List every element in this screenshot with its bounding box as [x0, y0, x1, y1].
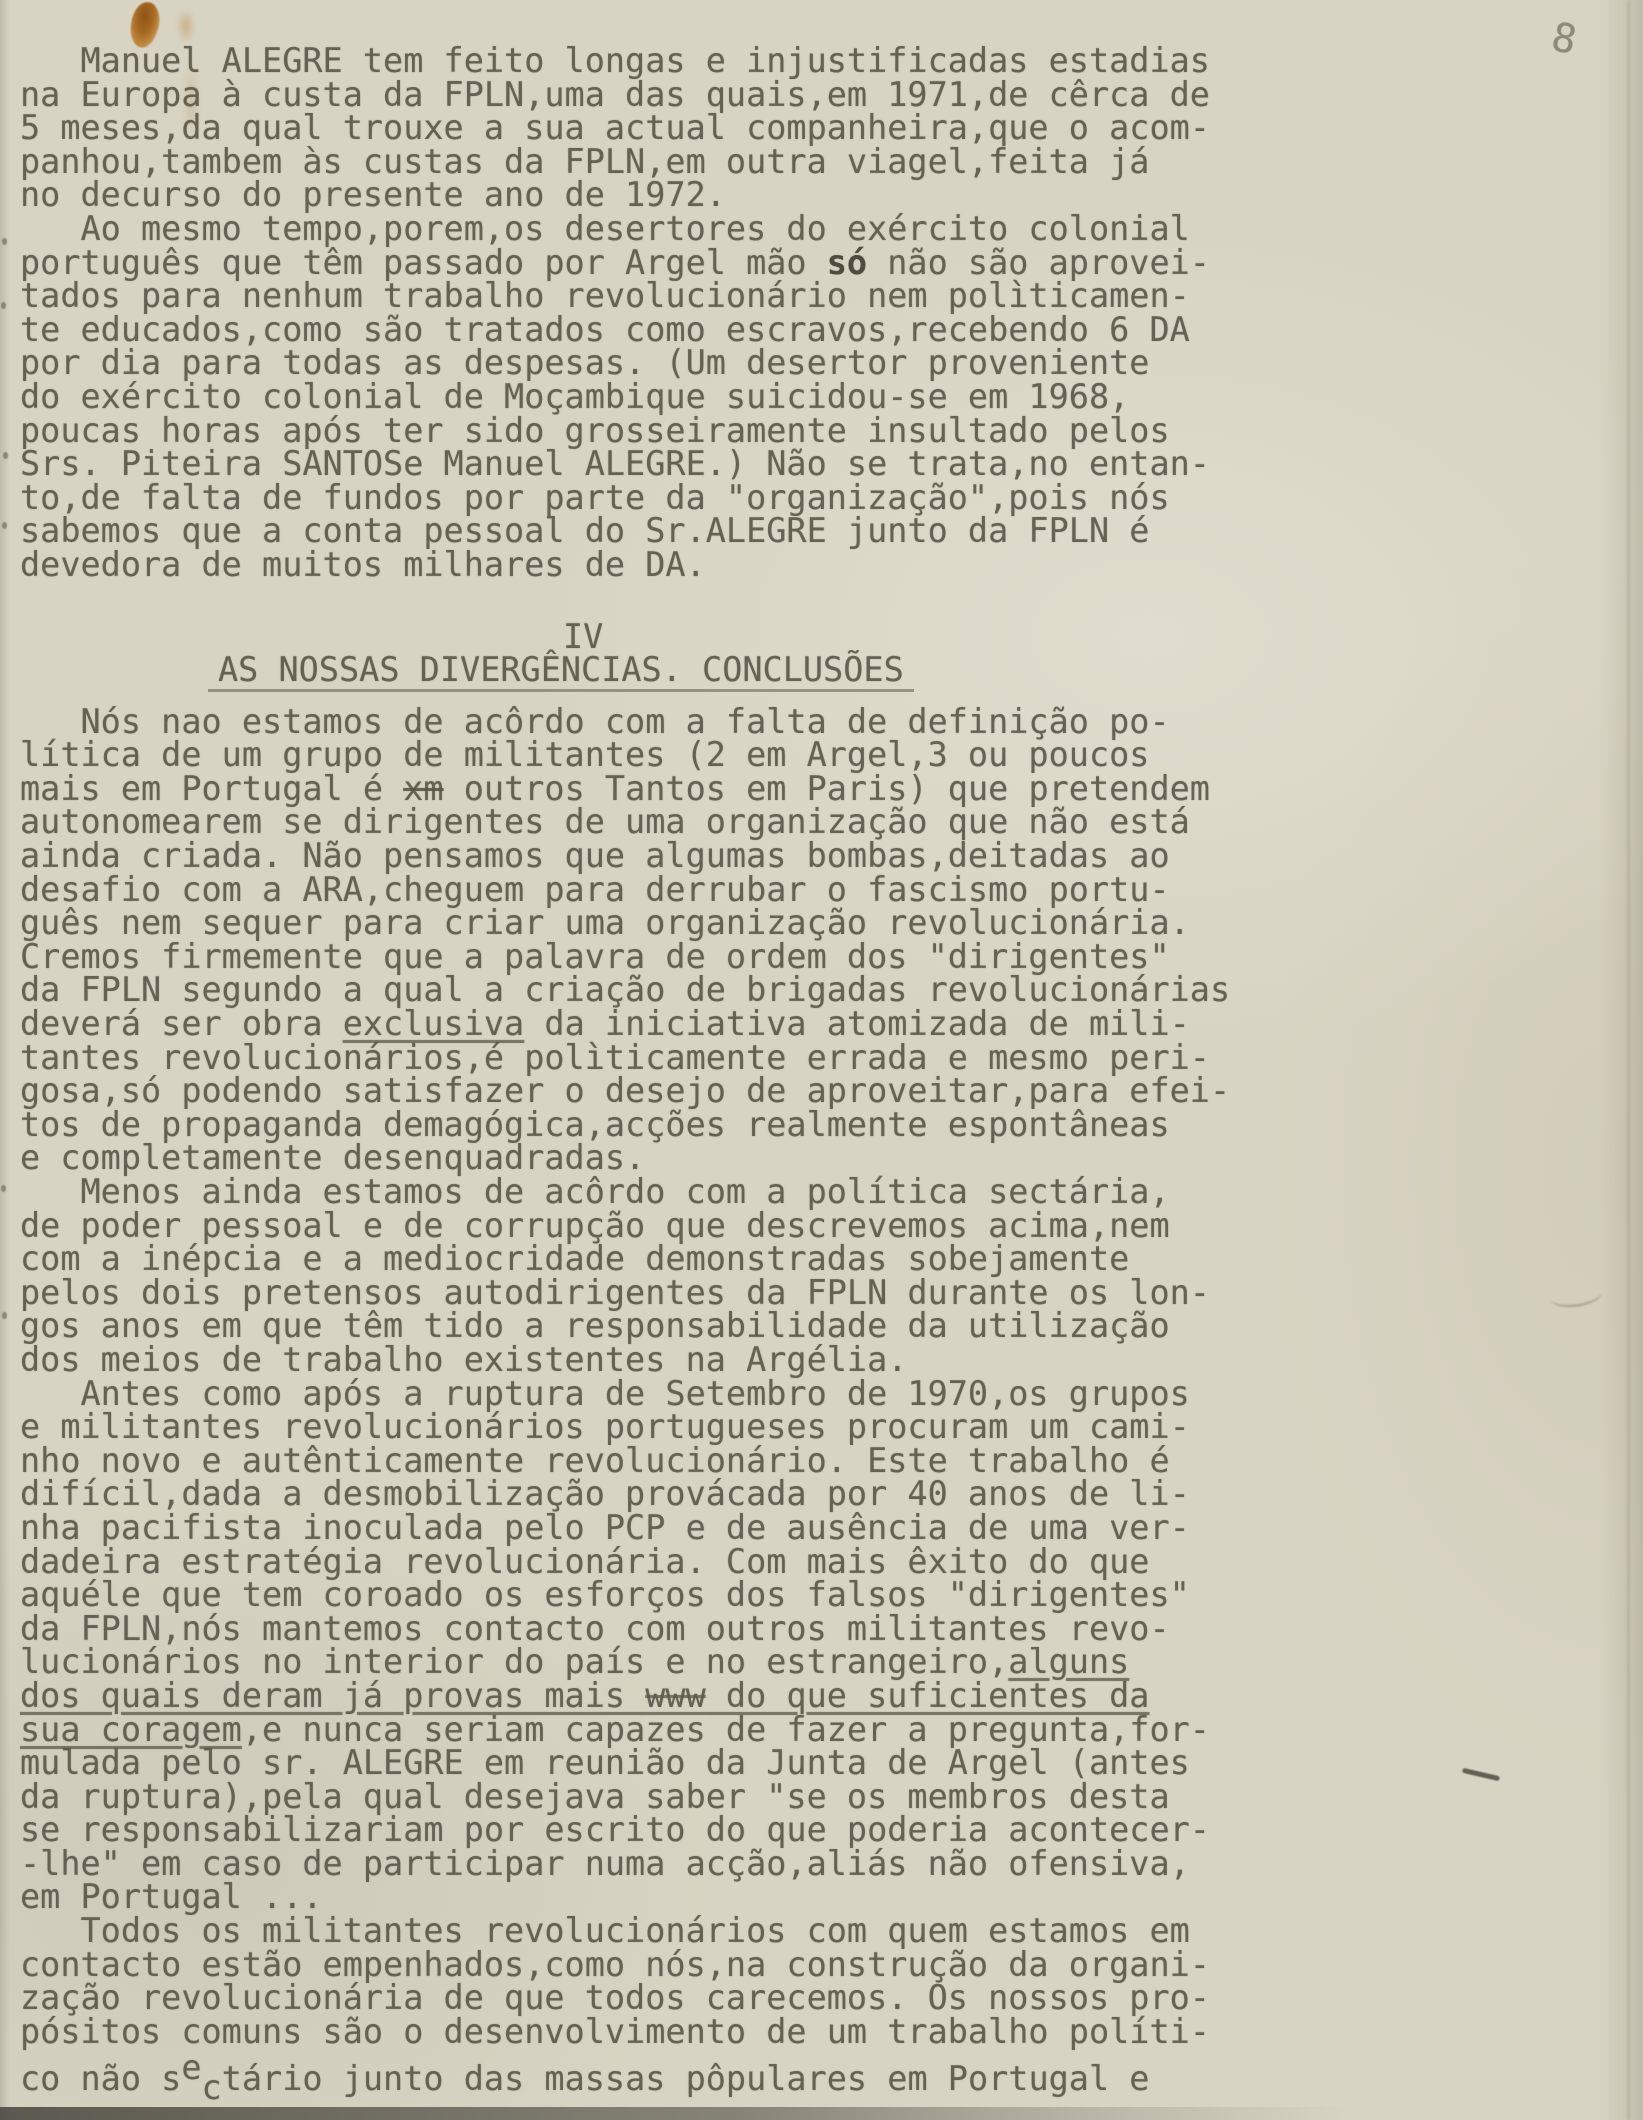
pencil-smudge — [1549, 1280, 1604, 1310]
text-line: em Portugal ... — [20, 1880, 1330, 1914]
text-line: Srs. Piteira SANTOSe Manuel ALEGRE.) Não… — [20, 447, 1330, 481]
text-segment: tário junto das massas pôpulares em Port… — [222, 2059, 1150, 2098]
text-line: Antes como após a ruptura de Setembro de… — [20, 1377, 1330, 1411]
text-line: -lhe" em caso de participar numa acção,a… — [20, 1847, 1330, 1881]
page-number: 8 — [1547, 14, 1580, 64]
text-line: mais em Portugal é xm outros Tantos em P… — [20, 772, 1330, 806]
text-line: dos meios de trabalho existentes na Argé… — [20, 1343, 1330, 1377]
text-line: difícil,dada a desmobilização provácada … — [20, 1477, 1330, 1511]
text-line: deverá ser obra exclusiva da iniciativa … — [20, 1007, 1330, 1041]
text-line: e completamente desenquadradas. — [20, 1141, 1330, 1175]
text-line: gos anos em que têm tido a responsabilid… — [20, 1309, 1330, 1343]
text-line: desafio com a ARA,cheguem para derrubar … — [20, 873, 1330, 907]
rust-stain-smudge — [176, 8, 196, 44]
text-line: Menos ainda estamos de acôrdo com a polí… — [20, 1175, 1330, 1209]
para-final: co não sectário junto das massas pôpular… — [20, 2062, 1330, 2096]
text-line: panhou,tambem às custas da FPLN,em outra… — [20, 145, 1330, 179]
para-1: Manuel ALEGRE tem feito longas e injusti… — [20, 44, 1330, 212]
scan-edge-bottom — [0, 2107, 1643, 2120]
text-line: 5 meses,da qual trouxe a sua actual comp… — [20, 111, 1330, 145]
text-line: co não sectário junto das massas pôpular… — [20, 2062, 1330, 2096]
pencil-mark — [1462, 1768, 1500, 1781]
text-line: nho novo e autênticamente revolucionário… — [20, 1444, 1330, 1478]
text-line: zação revolucionária de que todos carece… — [20, 1981, 1330, 2015]
section-number: IV — [20, 620, 1330, 654]
text-line: com a inépcia e a mediocridade demonstra… — [20, 1242, 1330, 1276]
text-line: to,de falta de fundos por parte da "orga… — [20, 481, 1330, 515]
text-line: na Europa à custa da FPLN,uma das quais,… — [20, 78, 1330, 112]
section-heading: AS NOSSAS DIVERGÊNCIAS. CONCLUSÕES — [20, 653, 1330, 692]
scan-edge-left — [0, 0, 10, 2120]
text-line: contacto estão empenhados,como nós,na co… — [20, 1948, 1330, 1982]
text-line: te educados,como são tratados como escra… — [20, 313, 1330, 347]
text-line: sua coragem,e nunca seriam capazes de fa… — [20, 1713, 1330, 1747]
text-line: gosa,só podendo satisfazer o desejo de a… — [20, 1074, 1330, 1108]
text-line: por dia para todas as despesas. (Um dese… — [20, 346, 1330, 380]
text-line: lucionários no interior do país e no est… — [20, 1645, 1330, 1679]
text-line: nha pacifista inoculada pelo PCP e de au… — [20, 1511, 1330, 1545]
text-line: Nós nao estamos de acôrdo com a falta de… — [20, 705, 1330, 739]
text-line: autonomearem se dirigentes de uma organi… — [20, 805, 1330, 839]
text-line: guês nem sequer para criar uma organizaç… — [20, 906, 1330, 940]
text-line: dadeira estratégia revolucionária. Com m… — [20, 1545, 1330, 1579]
para-5: Antes como após a ruptura de Setembro de… — [20, 1377, 1330, 1915]
text-line: Todos os militantes revolucionários com … — [20, 1914, 1330, 1948]
text-line: Manuel ALEGRE tem feito longas e injusti… — [20, 44, 1330, 78]
text-line: Cremos firmemente que a palavra de ordem… — [20, 940, 1330, 974]
scan-edge-right — [1599, 0, 1643, 2120]
text-line: e militantes revolucionários portugueses… — [20, 1410, 1330, 1444]
text-line: tados para nenhum trabalho revolucionári… — [20, 279, 1330, 313]
text-line: AS NOSSAS DIVERGÊNCIAS. CONCLUSÕES — [208, 653, 914, 692]
typewritten-text: Manuel ALEGRE tem feito longas e injusti… — [20, 44, 1330, 2096]
text-line: se responsabilizariam por escrito do que… — [20, 1813, 1330, 1847]
text-line: sabemos que a conta pessoal do Sr.ALEGRE… — [20, 514, 1330, 548]
text-line: aquéle que tem coroado os esforços dos f… — [20, 1578, 1330, 1612]
text-line: IV — [563, 620, 1330, 654]
text-segment: devedora de muitos milhares de DA. — [20, 545, 706, 584]
text-line: mulada pelo sr. ALEGRE em reunião da Jun… — [20, 1746, 1330, 1780]
text-line: de poder pessoal e de corrupção que desc… — [20, 1209, 1330, 1243]
para-4: Menos ainda estamos de acôrdo com a polí… — [20, 1175, 1330, 1377]
text-line: ainda criada. Não pensamos que algumas b… — [20, 839, 1330, 873]
document-page: 8 Manuel ALEGRE tem feito longas e injus… — [0, 0, 1643, 2120]
text-segment: co não s — [20, 2059, 181, 2098]
text-line: poucas horas após ter sido grosseirament… — [20, 414, 1330, 448]
text-line: no decurso do presente ano de 1972. — [20, 178, 1330, 212]
para-3: Nós nao estamos de acôrdo com a falta de… — [20, 705, 1330, 1175]
text-line: da ruptura),pela qual desejava saber "se… — [20, 1780, 1330, 1814]
text-segment: AS NOSSAS DIVERGÊNCIAS. CONCLUSÕES — [218, 650, 904, 689]
text-line: do exército colonial de Moçambique suici… — [20, 380, 1330, 414]
text-segment: c — [202, 2068, 222, 2107]
text-line: português que têm passado por Argel mão … — [20, 246, 1330, 280]
text-line: devedora de muitos milhares de DA. — [20, 548, 1330, 582]
text-line: lítica de um grupo de militantes (2 em A… — [20, 738, 1330, 772]
text-line: pósitos comuns são o desenvolvimento de … — [20, 2015, 1330, 2049]
text-line: tos de propaganda demagógica,acções real… — [20, 1108, 1330, 1142]
para-6: Todos os militantes revolucionários com … — [20, 1914, 1330, 2048]
text-line: Ao mesmo tempo,porem,os desertores do ex… — [20, 212, 1330, 246]
text-line: da FPLN,nós mantemos contacto com outros… — [20, 1612, 1330, 1646]
text-line: da FPLN segundo a qual a criação de brig… — [20, 973, 1330, 1007]
text-line: pelos dois pretensos autodirigentes da F… — [20, 1276, 1330, 1310]
text-line: dos quais deram já provas mais www do qu… — [20, 1679, 1330, 1713]
text-segment: e — [181, 2048, 201, 2087]
text-line: tantes revolucionários,é polìticamente e… — [20, 1041, 1330, 1075]
para-2: Ao mesmo tempo,porem,os desertores do ex… — [20, 212, 1330, 582]
text-segment: pósitos comuns são o desenvolvimento de … — [20, 2012, 1210, 2051]
